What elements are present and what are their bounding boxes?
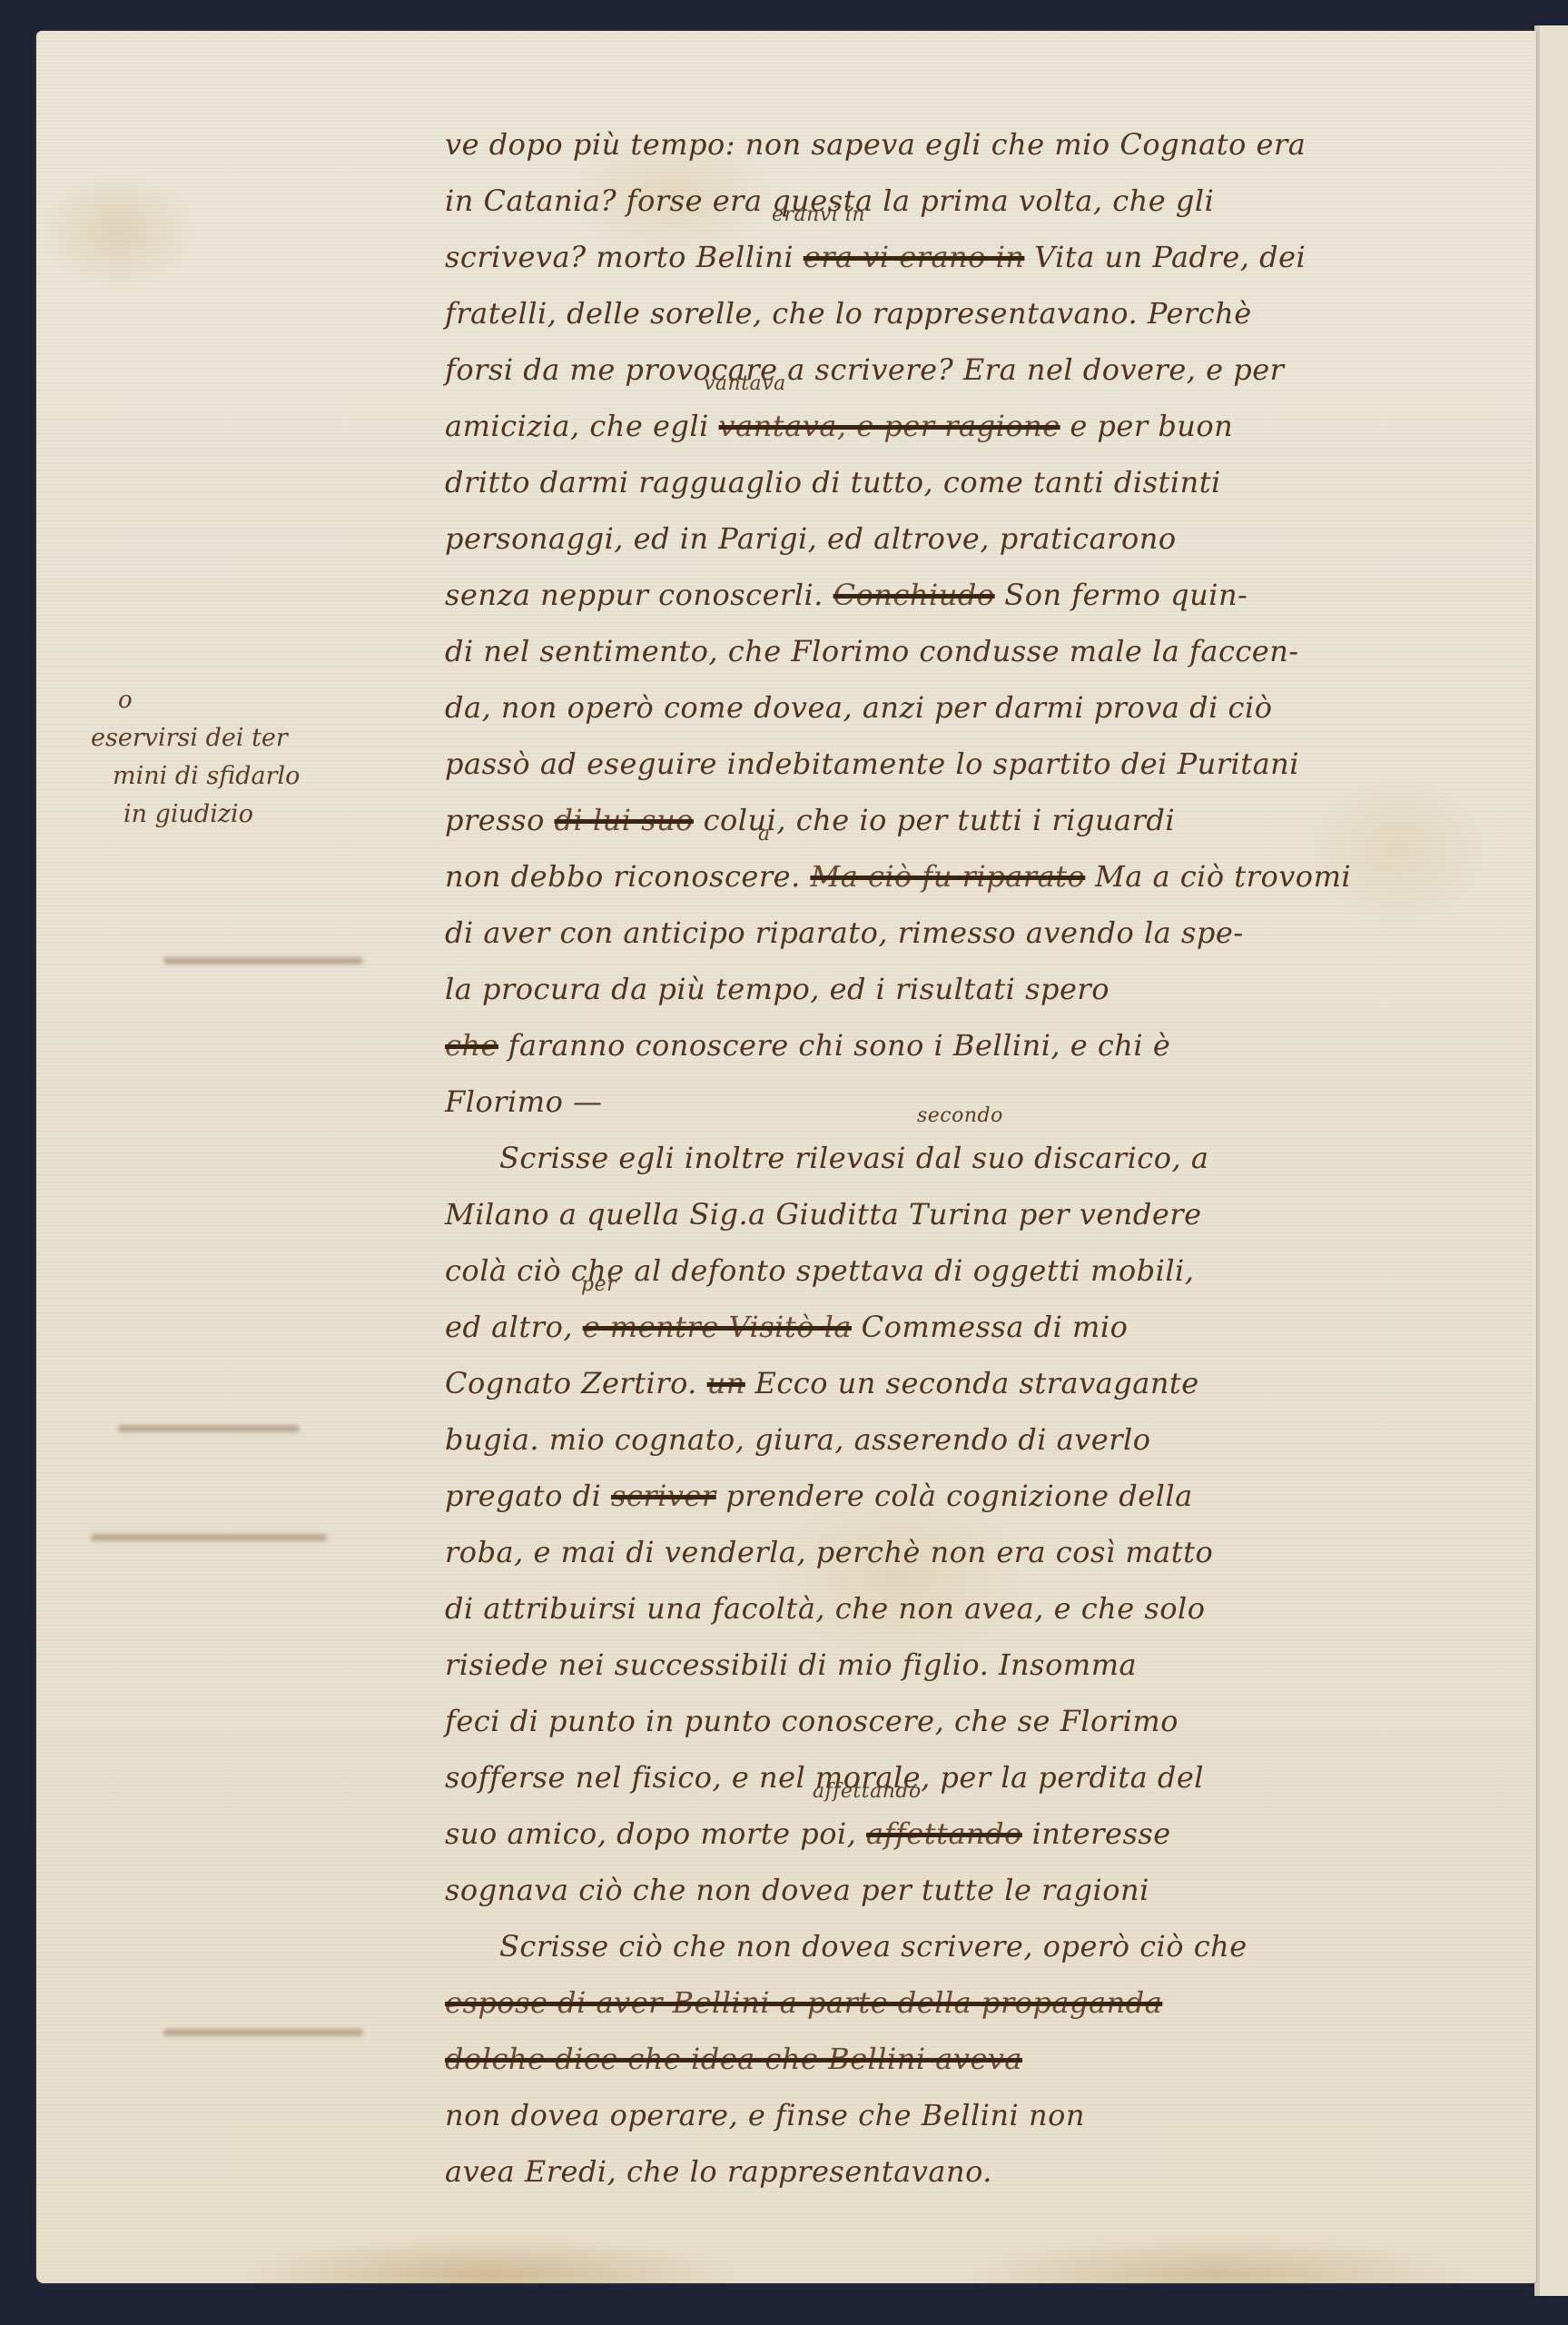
manuscript-line: di attribuirsi una facoltà, che non avea… <box>445 1580 1534 1637</box>
line-text: scriveva? morto Bellini <box>445 240 804 274</box>
line-text: da, non operò come dovea, anzi per darmi… <box>445 690 1272 725</box>
line-text: ve dopo più tempo: non sapeva egli che m… <box>445 127 1306 162</box>
struck-through-text: affettando <box>866 1816 1022 1851</box>
struck-through-text: Ma ciò fu riparato <box>810 859 1085 894</box>
manuscript-line: pregato di scriver prendere colà cognizi… <box>445 1468 1534 1524</box>
manuscript-line: roba, e mai di venderla, perchè non era … <box>445 1524 1534 1580</box>
interlinear-insertion: vantava <box>704 371 786 398</box>
ink-stain <box>118 1425 300 1432</box>
interlinear-insertion: per <box>581 1271 616 1299</box>
line-text: fratelli, delle sorelle, che lo rapprese… <box>445 296 1252 331</box>
manuscript-line: avea Eredi, che lo rappresentavano. <box>445 2143 1534 2200</box>
line-text: senza neppur conoscerli. <box>445 578 833 612</box>
manuscript-line: fratelli, delle sorelle, che lo rapprese… <box>445 285 1534 341</box>
struck-through-text: era vi erano in <box>804 240 1025 274</box>
line-text: non debbo riconoscere. <box>445 859 810 894</box>
line-text: faranno conoscere chi sono i Bellini, e … <box>498 1028 1170 1063</box>
line-text: personaggi, ed in Parigi, ed altrove, pr… <box>445 521 1177 556</box>
line-text: suo amico, dopo morte poi, <box>445 1816 866 1851</box>
manuscript-line: pered altro, e mentre Visitò la Commessa… <box>445 1299 1534 1355</box>
line-text: Florimo — <box>445 1084 603 1119</box>
line-text: Scrisse ciò che non dovea scrivere, oper… <box>499 1929 1247 1964</box>
line-text: Scrisse egli inoltre rilevasi dal suo di… <box>499 1141 1208 1175</box>
line-text: passò ad eseguire indebitamente lo spart… <box>445 747 1299 781</box>
manuscript-line: personaggi, ed in Parigi, ed altrove, pr… <box>445 510 1534 567</box>
struck-through-text: un <box>707 1366 745 1400</box>
manuscript-line: sofferse nel fisico, e nel morale, per l… <box>445 1749 1534 1806</box>
manuscript-line: da, non operò come dovea, anzi per darmi… <box>445 679 1534 736</box>
manuscript-line: Cognato Zertiro. un Ecco un seconda stra… <box>445 1355 1534 1411</box>
line-text: di aver con anticipo riparato, rimesso a… <box>445 915 1244 950</box>
struck-through-text: scriver <box>611 1479 716 1513</box>
interlinear-insertion: secondo <box>917 1103 1003 1130</box>
line-text: risiede nei successibili di mio figlio. … <box>445 1647 1137 1682</box>
struck-through-text: e mentre Visitò la <box>583 1310 852 1344</box>
manuscript-body: ve dopo più tempo: non sapeva egli che m… <box>445 116 1534 2200</box>
line-text: Commessa di mio <box>852 1310 1128 1344</box>
manuscript-line: sognava ciò che non dovea per tutte le r… <box>445 1862 1534 1918</box>
manuscript-line: non dovea operare, e finse che Bellini n… <box>445 2087 1534 2143</box>
interlinear-insertion: eranvi in <box>772 202 865 229</box>
margin-note-line: in giudizio <box>91 796 399 834</box>
margin-note-line: eservirsi dei ter <box>91 719 399 757</box>
line-text: sognava ciò che non dovea per tutte le r… <box>445 1873 1149 1907</box>
manuscript-line: forsi da me provocare a scrivere? Era ne… <box>445 341 1534 398</box>
line-text: Cognato Zertiro. <box>445 1366 707 1400</box>
manuscript-line: di aver con anticipo riparato, rimesso a… <box>445 905 1534 961</box>
manuscript-line: vantavaamicizia, che egli vantava, e per… <box>445 398 1534 454</box>
manuscript-line: dolche dice che idea che Bellini aveva <box>445 2031 1534 2087</box>
line-text: interesse <box>1022 1816 1171 1851</box>
ink-stain <box>91 1534 327 1541</box>
line-text: non dovea operare, e finse che Bellini n… <box>445 2098 1085 2132</box>
line-text: Son fermo quin- <box>995 578 1248 612</box>
manuscript-line: affettandosuo amico, dopo morte poi, aff… <box>445 1806 1534 1862</box>
line-text: la procura da più tempo, ed i risultati … <box>445 972 1109 1006</box>
manuscript-line: senza neppur conoscerli. Conchiudo Son f… <box>445 567 1534 623</box>
line-text: amicizia, che egli <box>445 409 719 443</box>
line-text: prendere colà cognizione della <box>716 1479 1193 1513</box>
manuscript-line: bugia. mio cognato, giura, asserendo di … <box>445 1411 1534 1468</box>
line-text: Ecco un seconda stravagante <box>745 1366 1199 1400</box>
margin-annotation: o eservirsi dei ter mini di sfidarlo in … <box>91 681 399 834</box>
line-text: e per buon <box>1060 409 1234 443</box>
line-text: colà ciò che al defonto spettava di ogge… <box>445 1253 1194 1288</box>
line-text: Milano a quella Sig.a Giuditta Turina pe… <box>445 1197 1202 1232</box>
manuscript-line: in Catania? forse era questa la prima vo… <box>445 173 1534 229</box>
manuscript-line: Milano a quella Sig.a Giuditta Turina pe… <box>445 1186 1534 1242</box>
line-text: presso <box>445 803 555 837</box>
manuscript-line: la procura da più tempo, ed i risultati … <box>445 961 1534 1017</box>
interlinear-insertion: a <box>758 821 771 848</box>
manuscript-line: espose di aver Bellini a parte della pro… <box>445 1974 1534 2031</box>
manuscript-line: presso di lui suo colui, che io per tutt… <box>445 792 1534 848</box>
line-text: feci di punto in punto conoscere, che se… <box>445 1704 1178 1738</box>
insertion-marker: o <box>118 681 399 719</box>
line-text: forsi da me provocare a scrivere? Era ne… <box>445 352 1284 387</box>
line-text: di nel sentimento, che Florimo condusse … <box>445 634 1299 668</box>
line-text: Ma a ciò trovomi <box>1085 859 1351 894</box>
manuscript-line: Scrisse ciò che non dovea scrivere, oper… <box>445 1918 1534 1974</box>
manuscript-line: secondoScrisse egli inoltre rilevasi dal… <box>445 1130 1534 1186</box>
manuscript-line: di nel sentimento, che Florimo condusse … <box>445 623 1534 679</box>
line-text: ed altro, <box>445 1310 583 1344</box>
manuscript-line: eranvi inscriveva? morto Bellini era vi … <box>445 229 1534 285</box>
manuscript-line: che faranno conoscere chi sono i Bellini… <box>445 1017 1534 1073</box>
struck-through-text: di lui suo <box>555 803 694 837</box>
line-text: roba, e mai di venderla, perchè non era … <box>445 1535 1213 1569</box>
line-text: di attribuirsi una facoltà, che non avea… <box>445 1591 1206 1626</box>
line-text: bugia. mio cognato, giura, asserendo di … <box>445 1422 1151 1457</box>
struck-through-text: vantava, e per ragione <box>719 409 1060 443</box>
ink-stain <box>163 957 363 965</box>
struck-through-text: espose di aver Bellini a parte della pro… <box>445 1985 1162 2020</box>
struck-through-text: Conchiudo <box>833 578 995 612</box>
struck-through-text: dolche dice che idea che Bellini aveva <box>445 2042 1022 2076</box>
line-text: dritto darmi ragguaglio di tutto, come t… <box>445 465 1221 500</box>
struck-through-text: che <box>445 1028 498 1063</box>
line-text: avea Eredi, che lo rappresentavano. <box>445 2154 992 2189</box>
manuscript-line: ve dopo più tempo: non sapeva egli che m… <box>445 116 1534 173</box>
line-text: Vita un Padre, dei <box>1024 240 1306 274</box>
interlinear-insertion: affettando <box>813 1778 922 1806</box>
manuscript-line: risiede nei successibili di mio figlio. … <box>445 1637 1534 1693</box>
manuscript-line: passò ad eseguire indebitamente lo spart… <box>445 736 1534 792</box>
line-text: pregato di <box>445 1479 611 1513</box>
ink-stain <box>163 2029 363 2036</box>
manuscript-line: dritto darmi ragguaglio di tutto, come t… <box>445 454 1534 510</box>
underlying-sheet-edge <box>1534 25 1568 2296</box>
manuscript-line: feci di punto in punto conoscere, che se… <box>445 1693 1534 1749</box>
manuscript-line: anon debbo riconoscere. Ma ciò fu ripara… <box>445 848 1534 905</box>
margin-note-line: mini di sfidarlo <box>91 757 399 796</box>
